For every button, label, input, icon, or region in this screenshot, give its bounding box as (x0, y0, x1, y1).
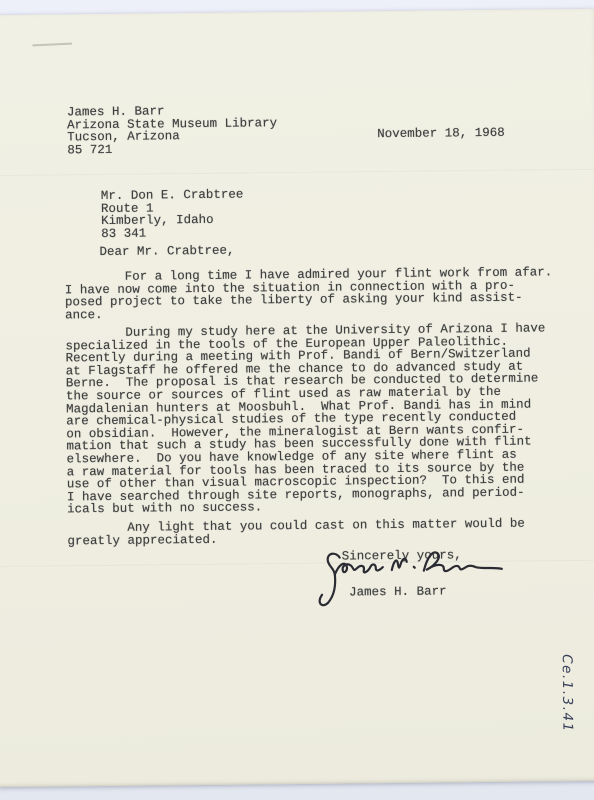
handwritten-signature (316, 542, 527, 624)
fold-crease (0, 169, 594, 177)
letter-paper: James H. Barr Arizona State Museum Libra… (0, 9, 594, 787)
sender-address-block: James H. Barr Arizona State Museum Libra… (67, 104, 278, 157)
typed-signature-name: James H. Barr (349, 585, 447, 599)
paragraph: During my study here at the University o… (65, 322, 547, 516)
letter-date: November 18, 1968 (377, 127, 505, 141)
pencil-mark (32, 43, 72, 47)
recipient-address-block: Mr. Don E. Crabtree Route 1 Kimberly, Id… (101, 189, 244, 241)
salutation: Dear Mr. Crabtree, (99, 245, 234, 259)
archival-annotation: Ce.1.3.41 (559, 654, 576, 733)
paragraph: For a long time I have admired your flin… (65, 266, 553, 321)
